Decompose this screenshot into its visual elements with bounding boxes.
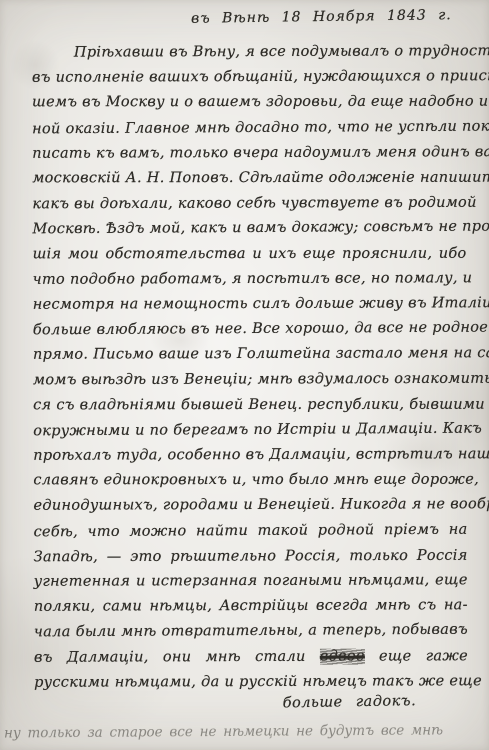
manuscript-line: момъ выѣздѣ изъ Венеціи; мнѣ вздумалось … (33, 367, 467, 394)
manuscript-line: единодушныхъ, городами и Венеціей. Никог… (33, 493, 467, 520)
manuscript-line: писать къ вамъ, только вчера надоумилъ м… (32, 140, 466, 167)
manuscript-line: несмотря на немощность силъ дольше живу … (33, 291, 467, 318)
manuscript-line: въ Далмаціи, они мнѣ стали вдвое еще гаж… (34, 644, 468, 671)
manuscript-line: ся съ владѣніями бывшей Венец. республик… (33, 392, 467, 418)
manuscript-scan-page: въ Вѣнѣ 18 Ноября 1843 г. Пріѣхавши въ В… (0, 0, 489, 750)
manuscript-line: окружными и по берегамъ по Истріи и Далм… (33, 416, 467, 444)
manuscript-line: ной оказіи. Главное мнѣ досадно то, что … (32, 114, 466, 142)
manuscript-line: Москвѣ. Ѣздъ мой, какъ и вамъ докажу; со… (32, 215, 466, 243)
manuscript-line: проѣхалъ туда, особенно въ Далмаціи, вст… (33, 442, 467, 469)
manuscript-line: поляки, сами нѣмцы, Австрійцы всегда мнѣ… (34, 593, 468, 620)
manuscript-line: шія мои обстоятельства и ихъ еще проясни… (33, 241, 467, 267)
manuscript-line: въ исполненіе вашихъ обѣщаній, нуждающих… (32, 64, 466, 91)
manuscript-line: Пріѣхавши въ Вѣну, я все подумывалъ о тр… (32, 39, 466, 66)
letter-text-layer: въ Вѣнѣ 18 Ноября 1843 г. Пріѣхавши въ В… (0, 0, 489, 750)
manuscript-line: прямо. Письмо ваше изъ Голштейна застало… (33, 341, 467, 368)
line-segment: въ Далмаціи, они мнѣ стали (34, 648, 320, 665)
manuscript-line: Западѣ, — это рѣшительно Россія, только … (34, 543, 468, 570)
body-lines: Пріѣхавши въ Вѣну, я все подумывалъ о тр… (32, 39, 468, 695)
letter-dateline: въ Вѣнѣ 18 Ноября 1843 г. (32, 7, 466, 35)
manuscript-line: угнетенная и истерзанная погаными нѣмцам… (34, 568, 468, 595)
manuscript-line: какъ вы доѣхали, каково себѣ чувствуете … (32, 191, 466, 218)
faded-footer-line: ну только за старое все не нѣмецки не бу… (4, 722, 443, 741)
manuscript-line: шемъ въ Москву и о вашемъ здоровьи, да е… (32, 90, 466, 116)
struck-word: вдвое (320, 648, 365, 664)
manuscript-line: что подобно работамъ, я посѣтилъ все, но… (33, 266, 467, 293)
manuscript-line: московскій А. Н. Поповъ. Сдѣлайте одолже… (32, 166, 466, 192)
manuscript-line: больше влюбляюсь въ нее. Все хорошо, да … (33, 316, 467, 344)
manuscript-line: чала были мнѣ отвратительны, а теперь, п… (34, 618, 468, 646)
manuscript-line: себѣ, что можно найти такой родной пріем… (33, 517, 467, 545)
line-segment: еще гаже (365, 648, 468, 664)
manuscript-line: славянъ единокровныхъ и, что было мнѣ ещ… (33, 468, 467, 494)
